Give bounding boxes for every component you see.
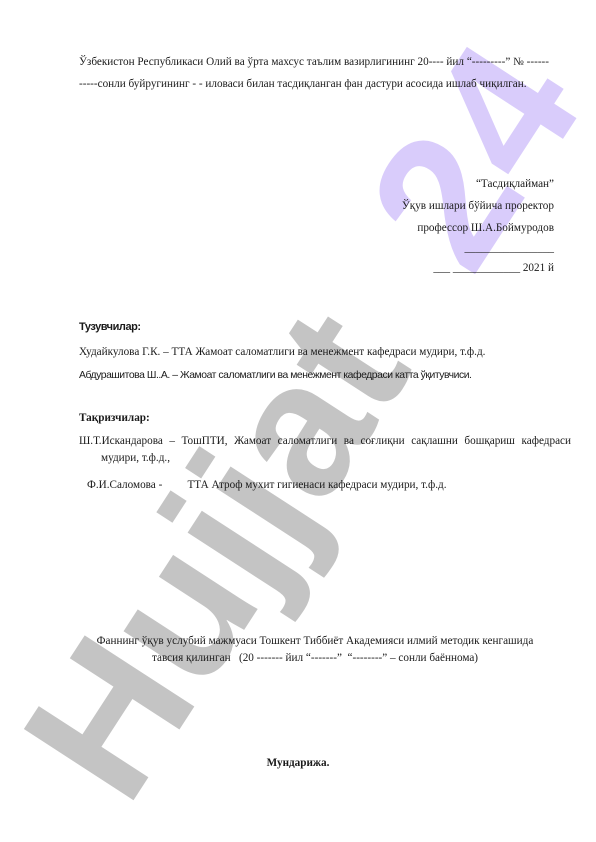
author-item: Худайкулова Г.К. – ТТА Жамоат саломатлиг… xyxy=(79,342,559,362)
author-item: Абдурашитова Ш..А. – Жамоат саломатлиги … xyxy=(79,366,559,386)
recommendation-line: Фаннинг ўқув услубий мажмуаси Тошкент Ти… xyxy=(70,633,560,650)
approval-position: Ўқув ишлари бўйича проректор xyxy=(402,196,554,216)
signature-line: ________________ xyxy=(465,238,555,258)
contents-heading: Мундарижа. xyxy=(0,753,596,773)
approval-title: “Тасдиқлайман” xyxy=(476,174,554,194)
intro-paragraph: Ўзбекистон Республикаси Олий ва ўрта мах… xyxy=(79,52,549,95)
recommendation-line: тавсия қилинган (20 ------- йил “-------… xyxy=(70,650,560,667)
approval-name: профессор Ш.А.Боймуродов xyxy=(417,218,554,238)
authors-heading: Тузувчилар: xyxy=(79,317,141,337)
reviewers-heading: Тақризчилар: xyxy=(79,408,150,428)
document-page: Ўзбекистон Республикаси Олий ва ўрта мах… xyxy=(0,0,596,842)
reviewer-item: Ф.И.Саломова - ТТА Атроф мухит гигиенаси… xyxy=(87,475,447,495)
reviewer-item: Ш.Т.Искандарова – ТошПТИ, Жамоат саломат… xyxy=(79,433,571,467)
approval-date: ___ ____________ 2021 й xyxy=(433,258,554,278)
